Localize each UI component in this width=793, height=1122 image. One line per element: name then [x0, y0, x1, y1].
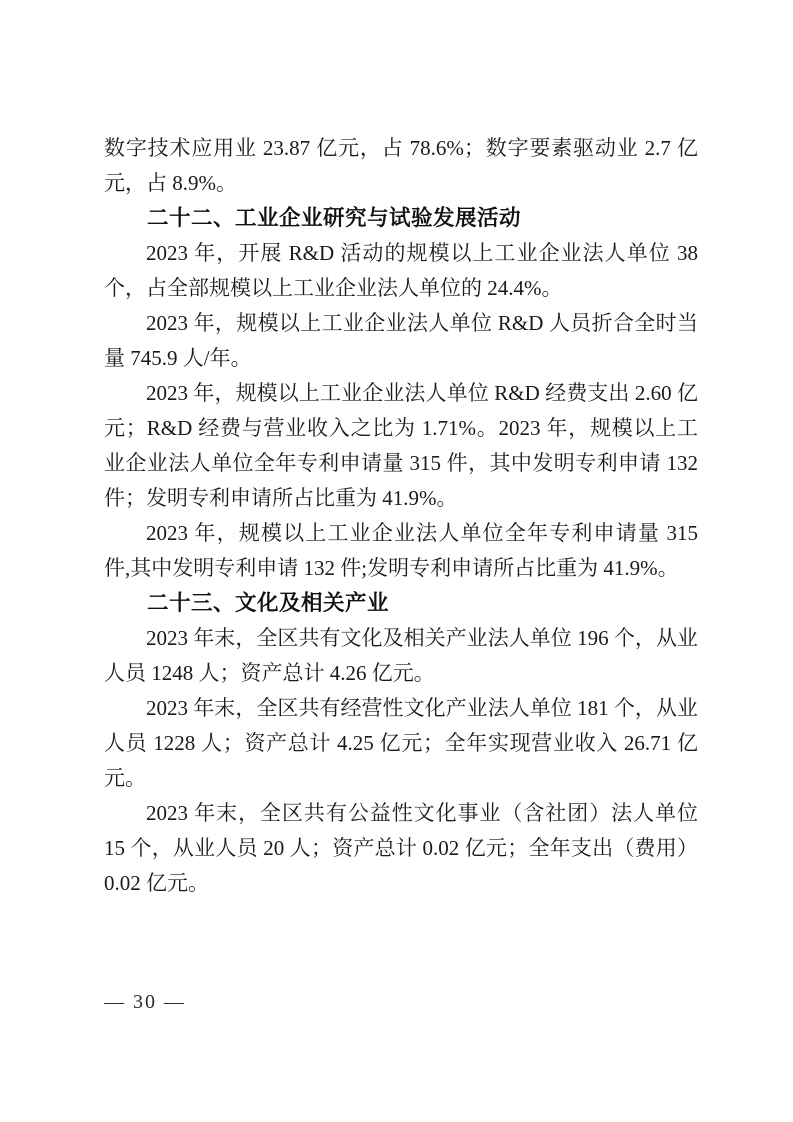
paragraph-commercial-culture-industry: 2023 年末，全区共有经营性文化产业法人单位 181 个，从业人员 1228 … [104, 691, 698, 796]
paragraph-patent-applications: 2023 年，规模以上工业企业法人单位全年专利申请量 315 件,其中发明专利申… [104, 516, 698, 586]
paragraph-rd-expenditure-patents: 2023 年，规模以上工业企业法人单位 R&D 经费支出 2.60 亿元；R&D… [104, 376, 698, 516]
paragraph-rd-units: 2023 年，开展 R&D 活动的规模以上工业企业法人单位 38 个，占全部规模… [104, 236, 698, 306]
paragraph-public-welfare-culture: 2023 年末，全区共有公益性文化事业（含社团）法人单位 15 个，从业人员 2… [104, 796, 698, 901]
page-body-text: 数字技术应用业 23.87 亿元，占 78.6%；数字要素驱动业 2.7 亿元，… [104, 131, 698, 901]
section-heading-23-culture-industry: 二十三、文化及相关产业 [104, 586, 698, 621]
paragraph-digital-economy-continued: 数字技术应用业 23.87 亿元，占 78.6%；数字要素驱动业 2.7 亿元，… [104, 131, 698, 201]
paragraph-rd-personnel: 2023 年，规模以上工业企业法人单位 R&D 人员折合全时当量 745.9 人… [104, 306, 698, 376]
paragraph-culture-related-industry: 2023 年末，全区共有文化及相关产业法人单位 196 个，从业人员 1248 … [104, 621, 698, 691]
page-number: — 30 — [104, 988, 186, 1016]
document-page: 数字技术应用业 23.87 亿元，占 78.6%；数字要素驱动业 2.7 亿元，… [0, 0, 793, 1122]
section-heading-22-industrial-rd: 二十二、工业企业研究与试验发展活动 [104, 201, 698, 236]
